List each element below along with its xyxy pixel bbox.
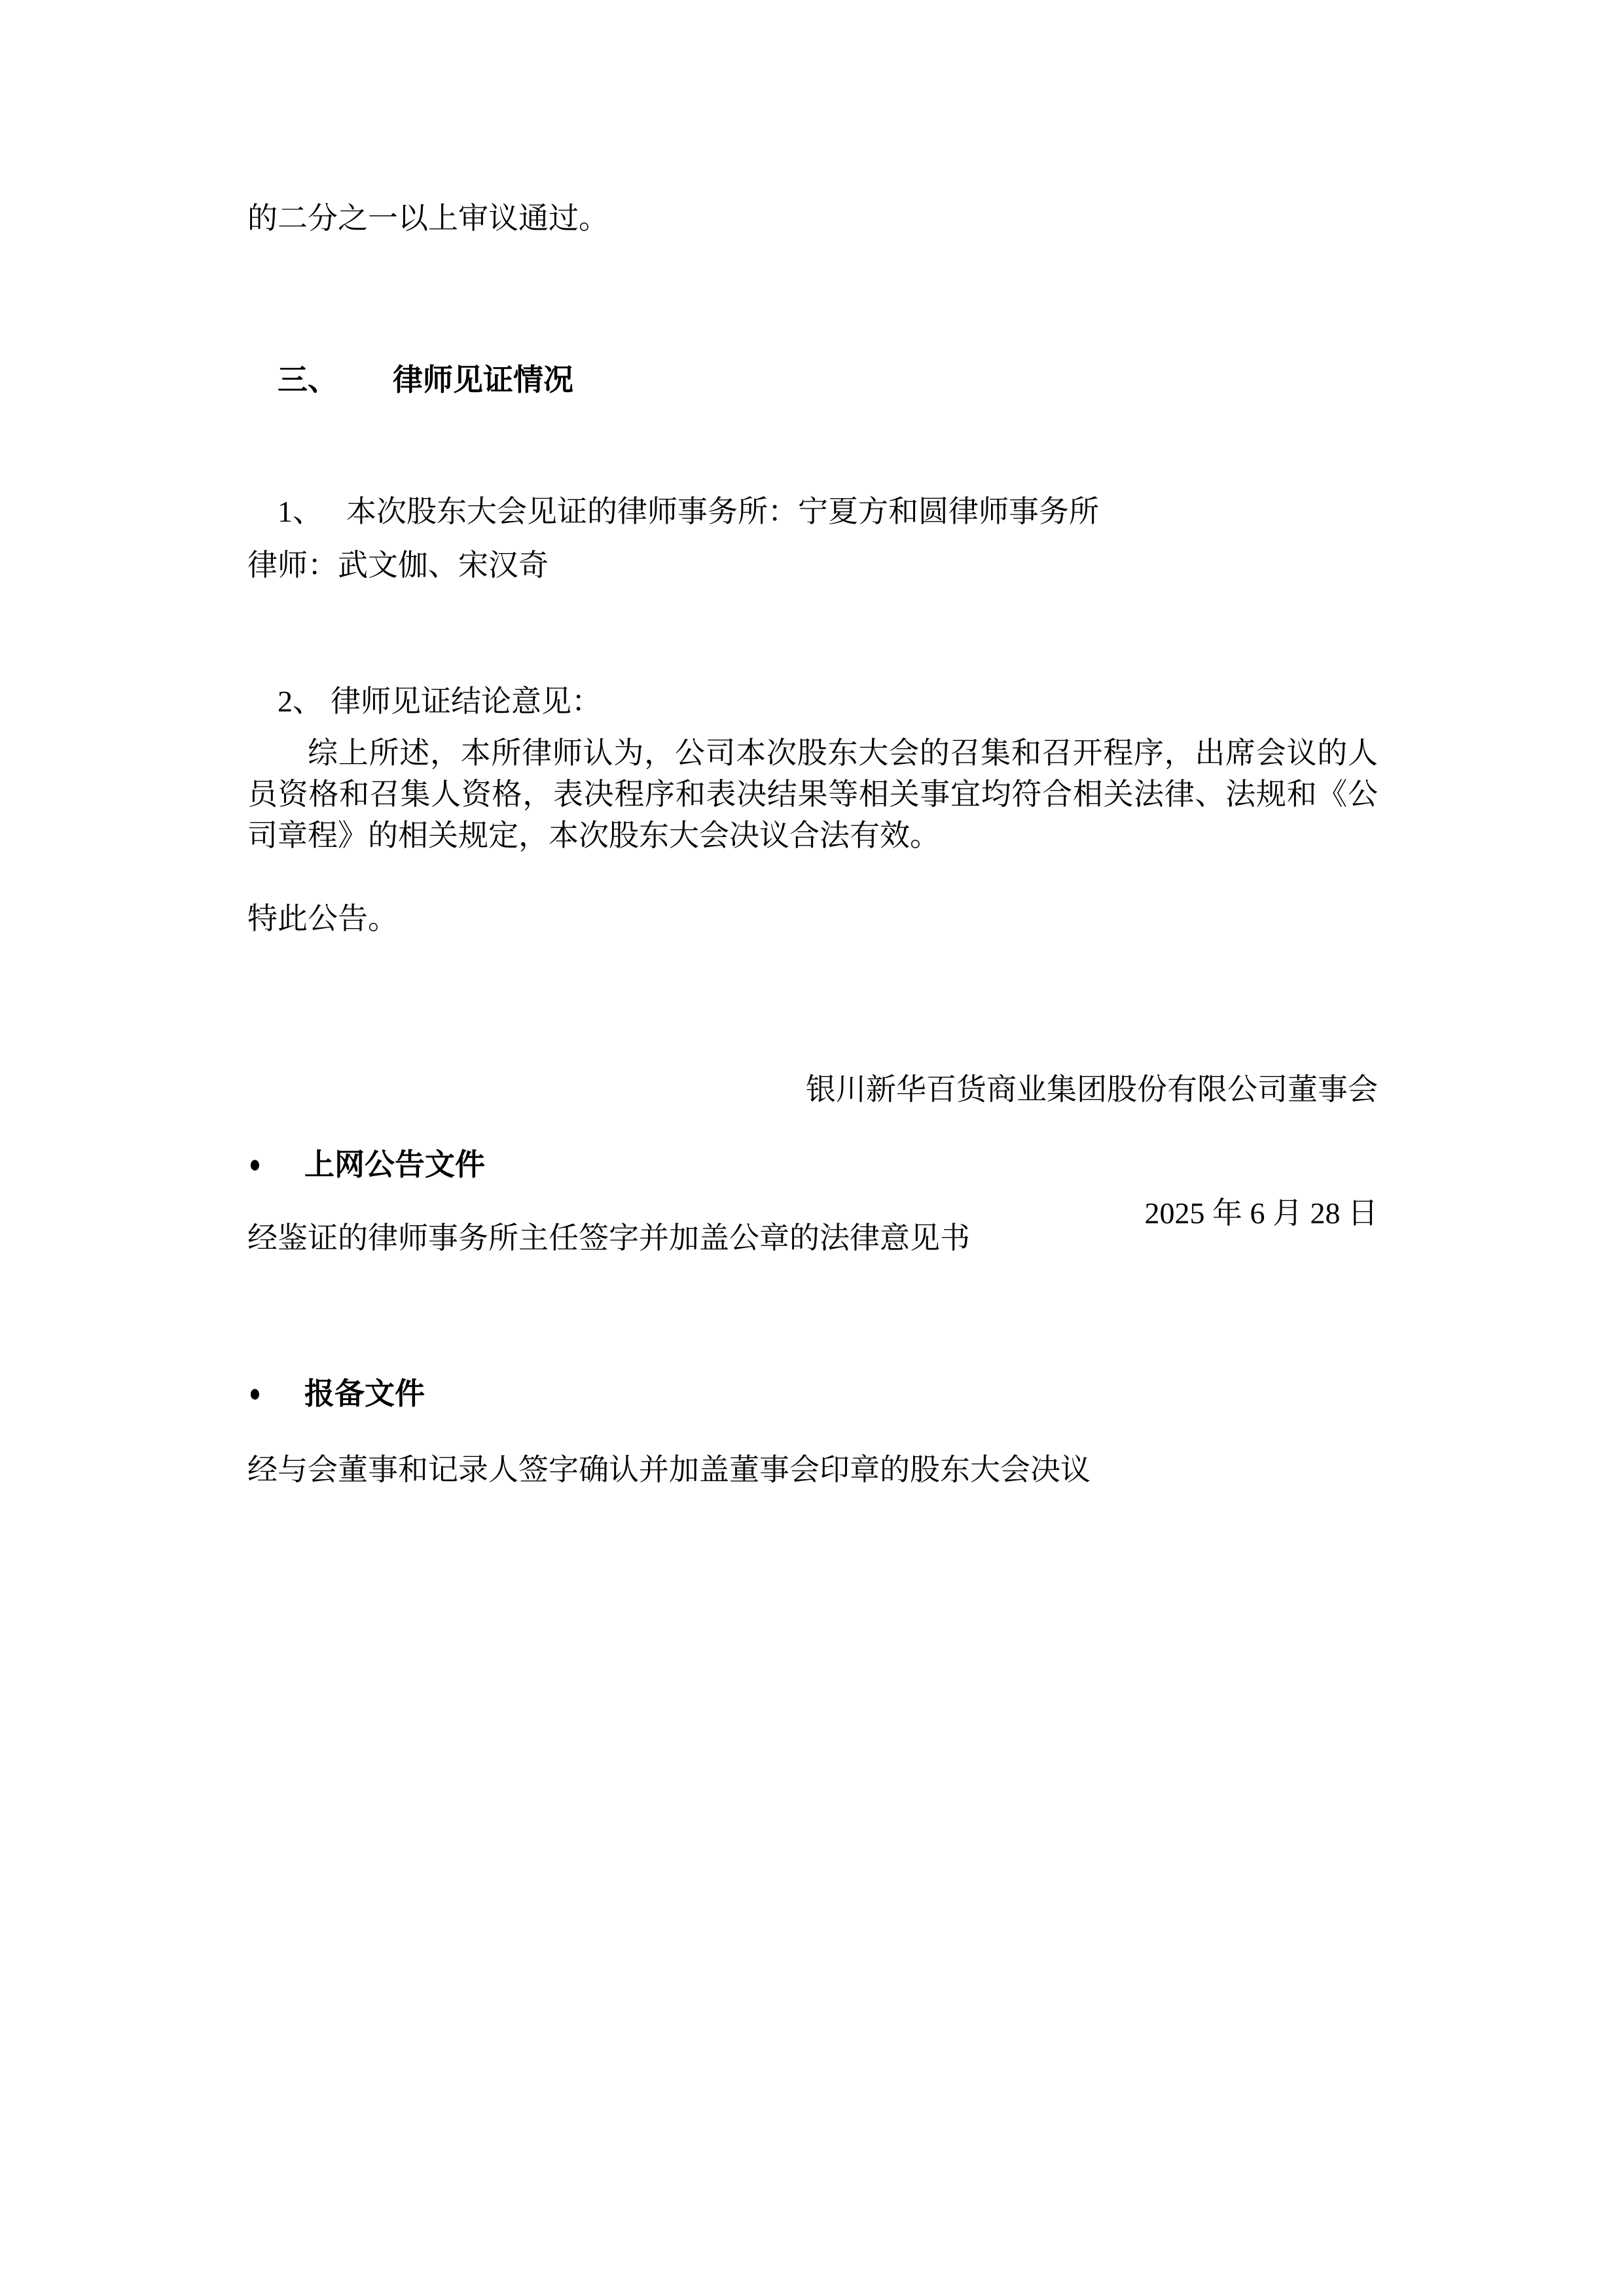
bullet-icon: ●	[249, 1373, 261, 1414]
list-item-1-number: 1、	[278, 491, 323, 532]
list-item-2-text: 律师见证结论意见：	[331, 685, 602, 718]
bullet-icon: ●	[249, 1144, 261, 1185]
list-item-2-number: 2、	[278, 681, 323, 722]
section-heading-title: 律师见证情况	[393, 363, 573, 397]
lawyers-line: 律师：武文伽、宋汉奇	[247, 545, 1378, 586]
notice-section-1-body: 经鉴证的律师事务所主任签字并加盖公章的法律意见书	[247, 1217, 1378, 1259]
notice-section-2-heading: ● 报备文件	[247, 1373, 1378, 1414]
section-heading: 三、律师见证情况	[247, 318, 1378, 442]
notice-section-2-title: 报备文件	[304, 1373, 425, 1414]
list-item-1-text: 本次股东大会见证的律师事务所：宁夏方和圆律师事务所	[346, 495, 1099, 528]
signature-company: 银川新华百货商业集团股份有限公司董事会	[247, 1069, 1378, 1110]
notice-section-2-body: 经与会董事和记录人签字确认并加盖董事会印章的股东大会决议	[247, 1449, 1378, 1490]
section-heading-number: 三、	[278, 359, 338, 401]
closing-line: 特此公告。	[247, 898, 1378, 939]
intro-line: 的二分之一以上审议通过。	[247, 198, 1378, 239]
document-page: 的二分之一以上审议通过。 三、律师见证情况 1、本次股东大会见证的律师事务所：宁…	[0, 0, 1624, 2296]
notice-section-1-title: 上网公告文件	[304, 1144, 485, 1185]
conclusion-paragraph: 综上所述，本所律师认为，公司本次股东大会的召集和召开程序，出席会议的人员资格和召…	[247, 732, 1378, 856]
notice-section-1-heading: ● 上网公告文件	[247, 1144, 1378, 1185]
